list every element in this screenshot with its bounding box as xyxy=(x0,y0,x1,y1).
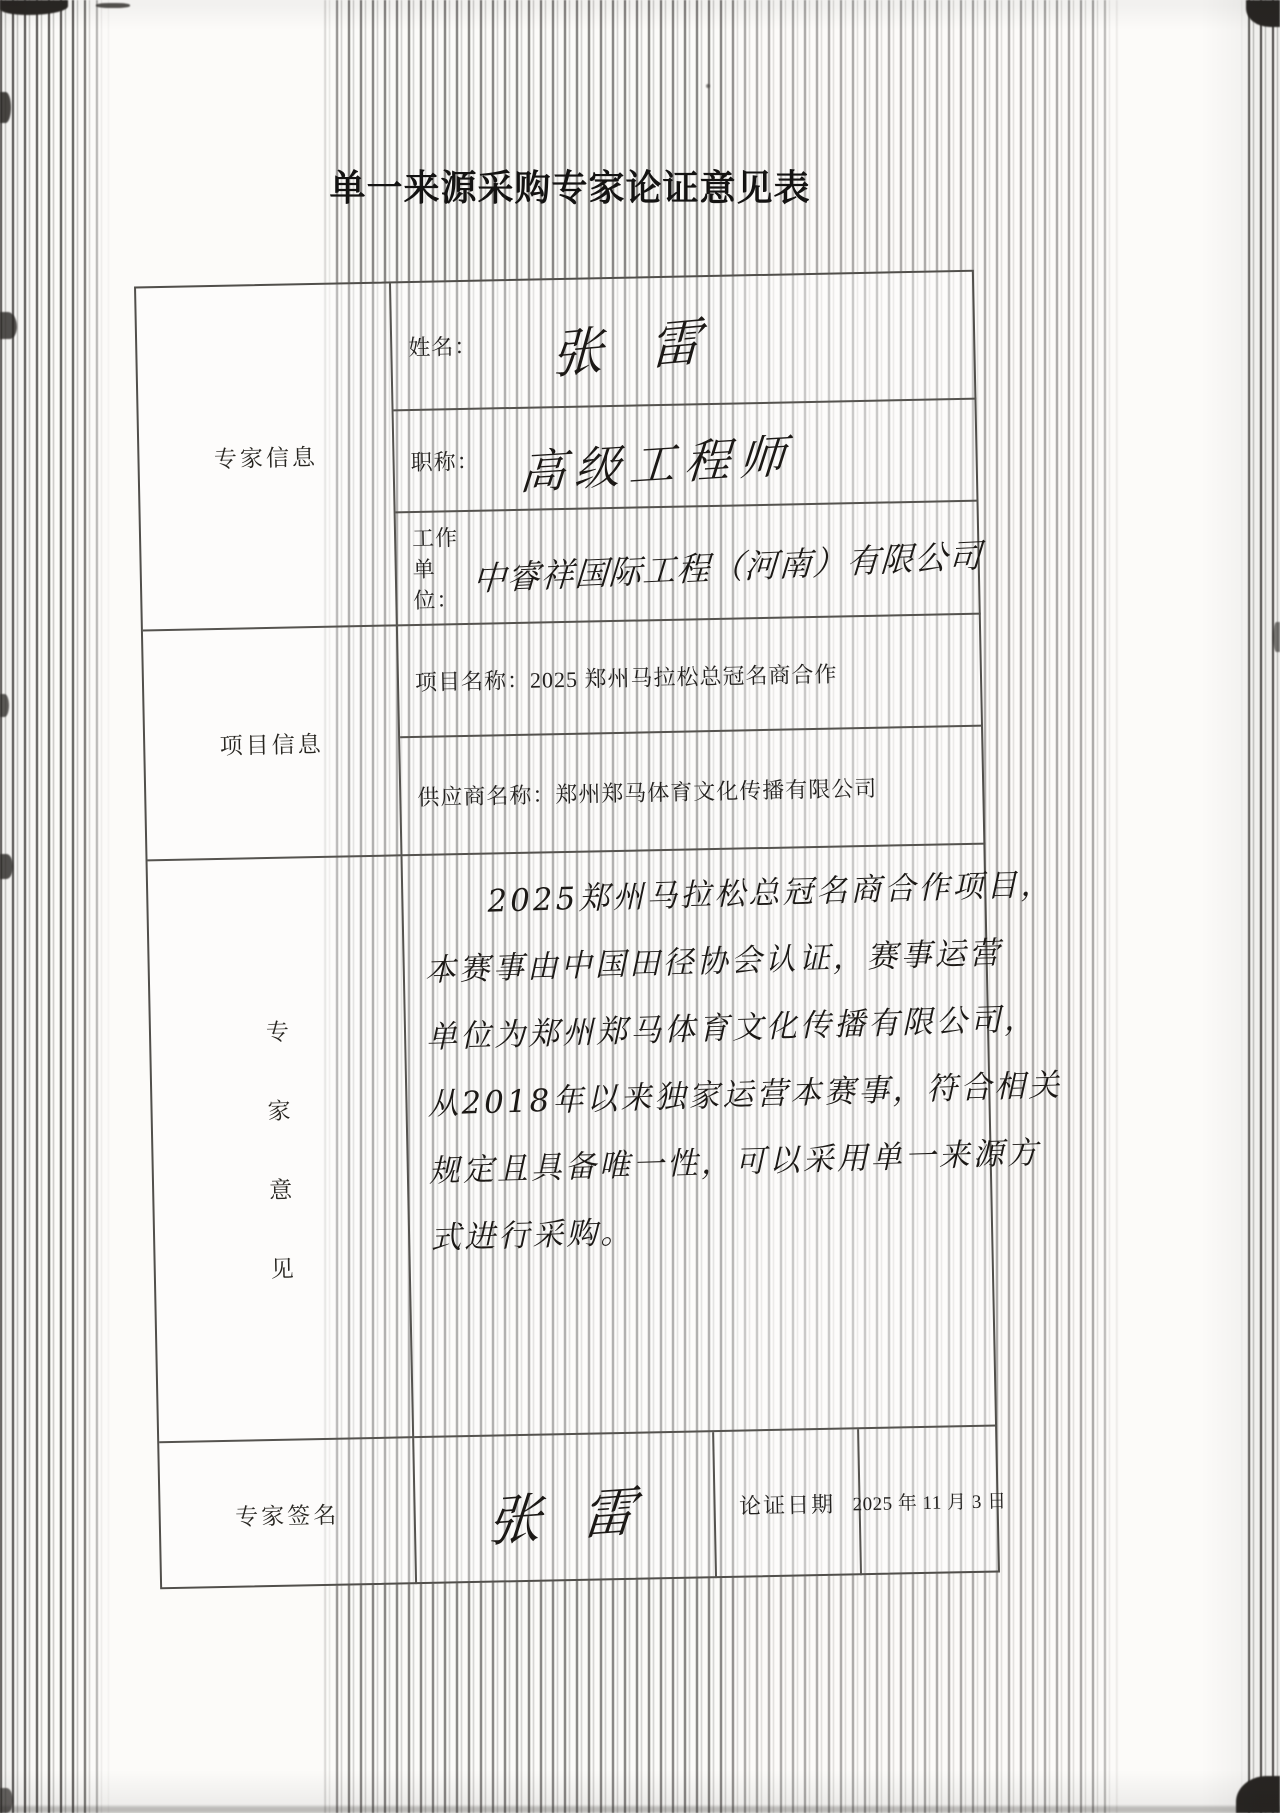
signature-cell: 张雷 xyxy=(414,1432,717,1584)
handwritten-title: 高级工程师 xyxy=(517,419,796,503)
supplier-name-value: 郑州郑马体育文化传播有限公司 xyxy=(555,771,878,808)
handwritten-name: 张雷 xyxy=(550,295,748,388)
date-label: 论证日期 xyxy=(714,1429,862,1578)
opinion-label-char-4: 见 xyxy=(270,1251,294,1284)
name-label: 姓名： xyxy=(408,329,478,361)
project-name-label: 项目名称： xyxy=(415,663,531,696)
scanned-document-page: 单一来源采购专家论证意见表 专家信息 姓名： 张雷 职称： 高级工程师 工作单位… xyxy=(0,0,1280,1813)
opinion-label-char-3: 意 xyxy=(269,1172,293,1205)
section-label-expert-info: 专家信息 xyxy=(136,283,398,631)
work-unit-label: 工作单位： xyxy=(412,521,460,615)
row-expert-name: 姓名： 张雷 xyxy=(391,272,976,412)
title-label: 职称： xyxy=(410,444,480,476)
page-title: 单一来源采购专家论证意见表 xyxy=(150,160,990,211)
document-table: 专家信息 姓名： 张雷 职称： 高级工程师 工作单位： 中睿祥国际工程（河南）有… xyxy=(134,270,1000,1590)
supplier-name-label: 供应商名称： xyxy=(417,778,556,812)
row-project-name: 项目名称： 2025 郑州马拉松总冠名商合作 xyxy=(398,615,983,739)
row-work-unit: 工作单位： 中睿祥国际工程（河南）有限公司 xyxy=(396,502,981,627)
handwritten-work-unit: 中睿祥国际工程（河南）有限公司 xyxy=(472,530,984,601)
signature-label: 专家签名 xyxy=(159,1438,417,1589)
date-value: 2025 年 11 月 3 日 xyxy=(859,1426,1000,1575)
section-label-expert-opinion: 专 家 意 见 xyxy=(148,856,415,1443)
section-label-project-info: 项目信息 xyxy=(143,626,403,861)
handwritten-signature: 张雷 xyxy=(451,1465,679,1559)
row-supplier-name: 供应商名称： 郑州郑马体育文化传播有限公司 xyxy=(400,727,985,857)
project-name-value: 2025 郑州马拉松总冠名商合作 xyxy=(530,657,838,694)
expert-opinion-content: 2025郑州马拉松总冠名商合作项目， 本赛事由中国田径协会认证，赛事运营 单位为… xyxy=(402,845,997,1439)
opinion-label-char-2: 家 xyxy=(267,1093,291,1126)
opinion-label-char-1: 专 xyxy=(266,1014,290,1047)
scan-noise-top-edge xyxy=(0,0,1280,11)
row-expert-title: 职称： 高级工程师 xyxy=(394,400,979,514)
